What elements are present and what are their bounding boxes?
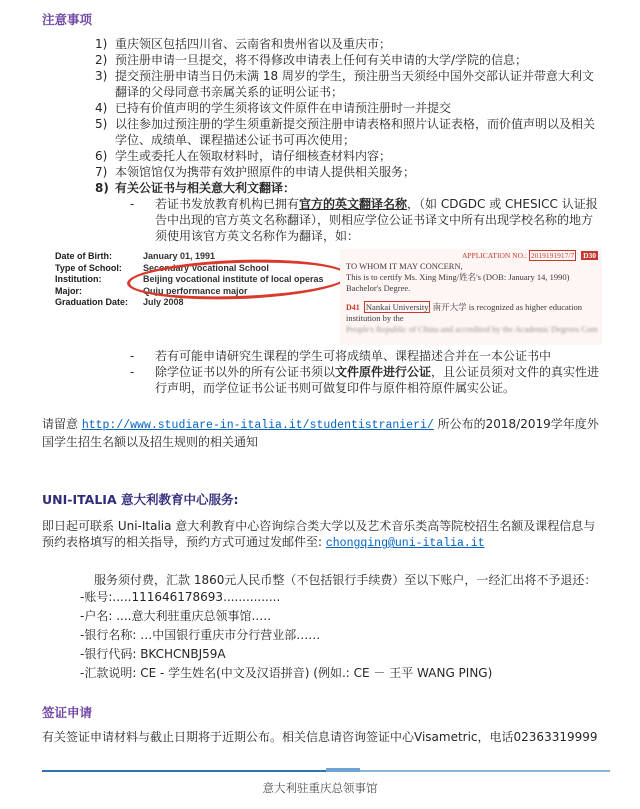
list-item: 3) 提交预注册申请当日仍未满 18 周岁的学生，预注册当天须经中国外交部认证并… [42, 68, 600, 100]
sub-bullet-translation: - 若证书发放教育机构已拥有官方的英文翻译名称，（如 CDGDC 或 CHESI… [42, 196, 600, 244]
list-item-text: 提交预注册申请当日仍未满 18 周岁的学生，预注册当天须经中国外交部认证并带意大… [115, 68, 600, 100]
bank-account-details: -账号:.....111646178693............... -户名… [80, 588, 600, 683]
list-item-text: 已持有价值声明的学生须将该文件原件在申请预注册时一并提交 [115, 100, 600, 116]
notes-heading: 注意事项 [42, 12, 600, 28]
bullet-dash: - [130, 348, 155, 364]
bullet-text: 除学位证书以外的所有公证书须以文件原件进行公证，且公证员须对文件的真实性进行声明… [155, 364, 600, 396]
form-label: Type of School: [55, 263, 143, 275]
bullet-text: 若有可能申请研究生课程的学生可将成绩单、课程描述合并在一本公证书中 [155, 348, 600, 364]
certificate-screenshot: APPLICATION NO.: 2019191917/7 D30 TO WHO… [340, 249, 602, 345]
list-item-number: 1) [95, 36, 115, 52]
form-row-major: Major: Quju performance major [55, 286, 340, 298]
sub-bullet-text-emphasis: 官方的英文翻译名称 [299, 197, 407, 211]
list-item-number: 4) [95, 100, 115, 116]
sub-bullet-text: 若证书发放教育机构已拥有官方的英文翻译名称，（如 CDGDC 或 CHESICC… [155, 196, 600, 244]
application-number-label: APPLICATION NO.: [462, 251, 527, 260]
form-row-graduation-date: Graduation Date: July 2008 [55, 297, 340, 309]
form-row-institution: Institution: Beijing vocational institut… [55, 274, 340, 286]
list-item-text: 本领馆馆仅为携带有效护照原件的申请人提供相关服务； [115, 164, 600, 180]
footer-divider-accent [326, 768, 360, 772]
list-item: 6) 学生或委托人在领取材料时，请仔细核查材料内容； [42, 148, 600, 164]
bullet-original-documents: - 除学位证书以外的所有公证书须以文件原件进行公证，且公证员须对文件的真实性进行… [42, 364, 600, 396]
notice-paragraph: 请留意 http://www.studiare-in-italia.it/stu… [42, 416, 600, 450]
document-page: 注意事项 1) 重庆领区包括四川省、云南省和贵州省以及重庆市； 2) 预注册申请… [0, 0, 640, 809]
bullet-dash: - [130, 196, 155, 244]
list-item-number: 3) [95, 68, 115, 100]
form-value: Quju performance major [143, 286, 340, 298]
notes-list: 1) 重庆领区包括四川省、云南省和贵州省以及重庆市； 2) 预注册申请一旦提交，… [42, 36, 600, 244]
form-row-date-of-birth: Date of Birth: January 01, 1991 [55, 251, 340, 263]
bullet-dash: - [130, 364, 155, 396]
list-item: 4) 已持有价值声明的学生须将该文件原件在申请预注册时一并提交 [42, 100, 600, 116]
annotation-tag-d30: D30 [581, 251, 598, 260]
form-label: Major: [55, 286, 143, 298]
list-item: 8) 有关公证书与相关意大利文翻译： [42, 180, 600, 196]
bank-name-line: -银行名称: …中国银行重庆市分行营业部…… [80, 626, 600, 645]
form-value: Secondary Vocational School [143, 263, 340, 275]
list-item-number: 6) [95, 148, 115, 164]
list-item-text: 学生或委托人在领取材料时，请仔细核查材料内容； [115, 148, 600, 164]
annotation-tag-d41: D41 [346, 303, 360, 312]
list-item-number: 8) [95, 180, 115, 196]
list-item-number: 5) [95, 116, 115, 148]
list-item-text: 重庆领区包括四川省、云南省和贵州省以及重庆市； [115, 36, 600, 52]
notice-text-pre: 请留意 [42, 417, 82, 431]
certificate-salutation: TO WHOM IT MAY CONCERN, [346, 261, 598, 272]
certificate-blurred-line: People's Republic of China and accredite… [346, 324, 598, 335]
university-name-boxed: Nankai University [364, 301, 431, 313]
certificate-university-line: D41 Nankai University 南开大学 is recognized… [346, 302, 598, 324]
application-number-line: APPLICATION NO.: 2019191917/7 D30 [346, 251, 598, 261]
studiare-in-italia-link[interactable]: http://www.studiare-in-italia.it/student… [82, 419, 434, 432]
payment-intro: 服务须付费，汇款 1860元人民币整（不包括银行手续费）至以下账户，一经汇出将不… [94, 572, 600, 588]
bank-code-line: -银行代码: BKCHCNBJ59A [80, 645, 600, 664]
bullet-text-emphasis: 文件原件进行公证 [335, 365, 431, 379]
list-item: 1) 重庆领区包括四川省、云南省和贵州省以及重庆市； [42, 36, 600, 52]
form-label: Date of Birth: [55, 251, 143, 263]
list-item-number: 2) [95, 52, 115, 68]
certificate-body-text: This is to certify Ms. Xing Ming/姓名's (D… [346, 272, 598, 294]
form-label: Institution: [55, 274, 143, 286]
account-name-line: -户名: ....意大利驻重庆总领事馆.…. [80, 607, 600, 626]
footer-consulate-name: 意大利驻重庆总领事馆 [0, 780, 640, 796]
remittance-note-line: -汇款说明: CE - 学生姓名(中文及汉语拼音) (例如.: CE － 王平 … [80, 664, 600, 683]
visa-heading: 签证申请 [42, 705, 600, 721]
form-label: Graduation Date: [55, 297, 143, 309]
uni-italia-paragraph: 即日起可联系 Uni-Italia 意大利教育中心咨询综合类大学以及艺术音乐类高… [42, 518, 600, 552]
uni-italia-text: 即日起可联系 Uni-Italia 意大利教育中心咨询综合类大学以及艺术音乐类高… [42, 519, 595, 549]
form-value: Beijing vocational institute of local op… [143, 274, 340, 286]
bullet-merge-certificates: - 若有可能申请研究生课程的学生可将成绩单、课程描述合并在一本公证书中 [42, 348, 600, 364]
preenrolment-form-screenshot: Date of Birth: January 01, 1991 Type of … [55, 251, 340, 309]
visa-paragraph: 有关签证申请材料与截止日期将于近期公布。相关信息请咨询签证中心Visametri… [42, 729, 600, 745]
uni-italia-heading: UNI-ITALIA 意大利教育中心服务: [42, 492, 600, 508]
application-number-value: 2019191917/7 [529, 250, 576, 261]
list-item-text: 有关公证书与相关意大利文翻译： [115, 180, 600, 196]
chongqing-email-link[interactable]: chongqing@uni-italia.it [326, 537, 485, 550]
bullet-text-pre: 除学位证书以外的所有公证书须以 [155, 365, 335, 379]
sub-bullet-text-pre: 若证书发放教育机构已拥有 [155, 197, 299, 211]
form-value: July 2008 [143, 297, 340, 309]
form-value: January 01, 1991 [143, 251, 340, 263]
list-item-number: 7) [95, 164, 115, 180]
form-row-type-of-school: Type of School: Secondary Vocational Sch… [55, 263, 340, 275]
list-item-text: 预注册申请一旦提交，将不得修改申请表上任何有关申请的大学/学院的信息； [115, 52, 600, 68]
list-item: 2) 预注册申请一旦提交，将不得修改申请表上任何有关申请的大学/学院的信息； [42, 52, 600, 68]
document-content: 注意事项 1) 重庆领区包括四川省、云南省和贵州省以及重庆市； 2) 预注册申请… [0, 0, 640, 745]
list-item: 7) 本领馆馆仅为携带有效护照原件的申请人提供相关服务； [42, 164, 600, 180]
account-number-line: -账号:.....111646178693............... [80, 588, 600, 607]
sample-screenshots-row: Date of Birth: January 01, 1991 Type of … [42, 249, 600, 345]
list-item-text: 以往参加过预注册的学生须重新提交预注册申请表格和照片认证表格，而价值声明以及相关… [115, 116, 600, 148]
list-item: 5) 以往参加过预注册的学生须重新提交预注册申请表格和照片认证表格，而价值声明以… [42, 116, 600, 148]
